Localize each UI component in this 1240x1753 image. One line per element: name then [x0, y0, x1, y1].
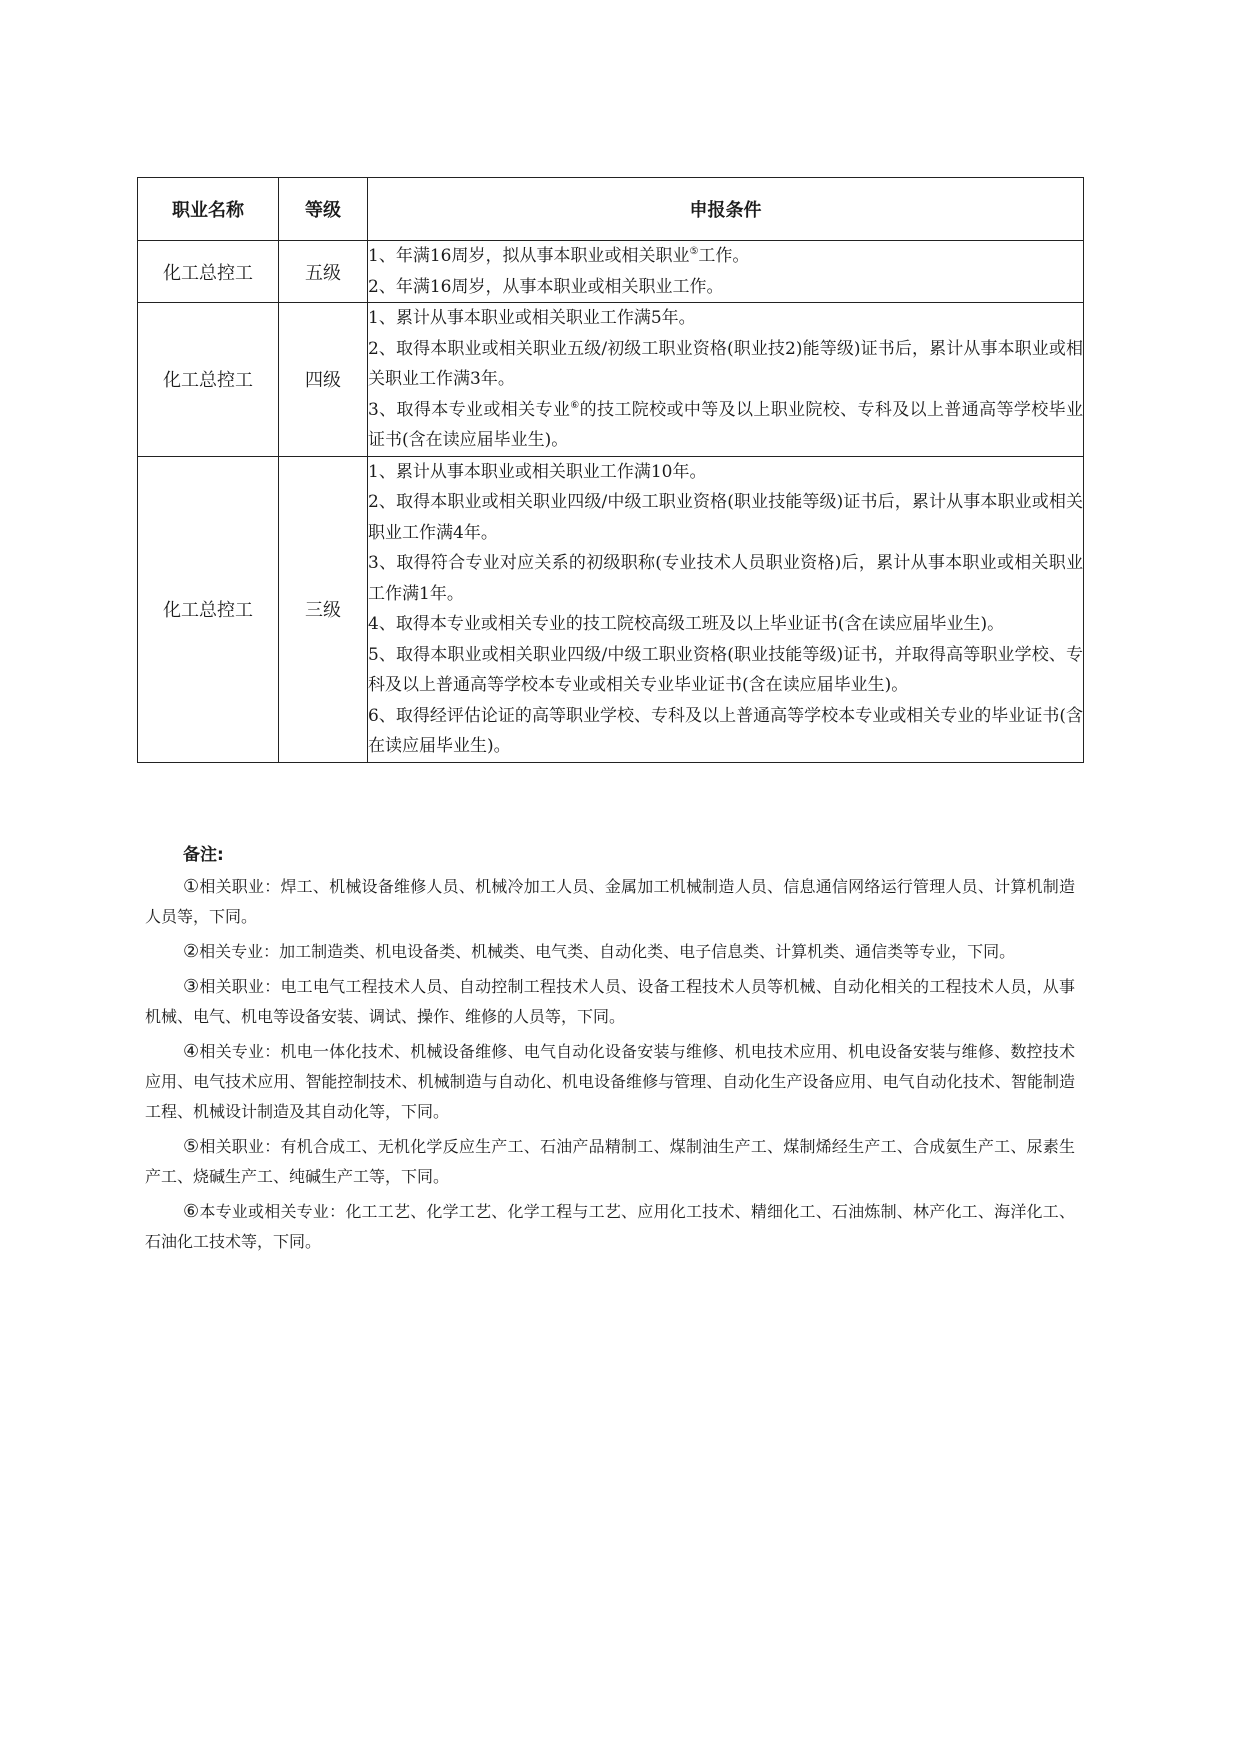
note-number: ⑥ [183, 1201, 199, 1222]
note-text: 相关专业：机电一体化技术、机械设备维修、电气自动化设备安装与维修、机电技术应用、… [145, 1042, 1075, 1121]
condition-text: 1、年满16周岁，拟从事本职业或相关职业 [368, 246, 689, 266]
footnote-marker: ⑥ [570, 400, 579, 411]
note-item: ⑥本专业或相关专业：化工工艺、化学工艺、化学工程与工艺、应用化工技术、精细化工、… [145, 1197, 1075, 1257]
condition-text: 5、取得本职业或相关职业四级/中级工职业资格(职业技能等级)证书，并取得高等职业… [368, 645, 1083, 696]
table-row: 化工总控工 四级 1、累计从事本职业或相关职业工作满5年。 2、取得本职业或相关… [138, 303, 1084, 457]
header-occupation: 职业名称 [138, 178, 279, 241]
note-item: ②相关专业：加工制造类、机电设备类、机械类、电气类、自动化类、电子信息类、计算机… [145, 937, 1075, 967]
note-number: ⑤ [183, 1136, 199, 1157]
table-row: 化工总控工 五级 1、年满16周岁，拟从事本职业或相关职业⑤工作。 2、年满16… [138, 241, 1084, 303]
note-text: 本专业或相关专业：化工工艺、化学工艺、化学工程与工艺、应用化工技术、精细化工、石… [145, 1202, 1075, 1251]
table-row: 化工总控工 三级 1、累计从事本职业或相关职业工作满10年。 2、取得本职业或相… [138, 456, 1084, 762]
note-number: ② [183, 941, 199, 962]
level-cell: 三级 [279, 456, 368, 762]
condition-item: 5、取得本职业或相关职业四级/中级工职业资格(职业技能等级)证书，并取得高等职业… [368, 640, 1083, 701]
note-item: ③相关职业：电工电气工程技术人员、自动控制工程技术人员、设备工程技术人员等机械、… [145, 972, 1075, 1032]
note-item: ⑤相关职业：有机合成工、无机化学反应生产工、石油产品精制工、煤制油生产工、煤制烯… [145, 1132, 1075, 1192]
occupation-cell: 化工总控工 [138, 456, 279, 762]
condition-item: 3、取得符合专业对应关系的初级职称(专业技术人员职业资格)后，累计从事本职业或相… [368, 548, 1083, 609]
requirements-table: 职业名称 等级 申报条件 化工总控工 五级 1、年满16周岁，拟从事本职业或相关… [137, 177, 1084, 763]
condition-text: 4、取得本专业或相关专业的技工院校高级工班及以上毕业证书(含在读应届毕业生)。 [368, 614, 1004, 634]
condition-item: 6、取得经评估论证的高等职业学校、专科及以上普通高等学校本专业或相关专业的毕业证… [368, 701, 1083, 762]
occupation-cell: 化工总控工 [138, 303, 279, 457]
condition-item: 4、取得本专业或相关专业的技工院校高级工班及以上毕业证书(含在读应届毕业生)。 [368, 609, 1083, 640]
conditions-cell: 1、累计从事本职业或相关职业工作满10年。 2、取得本职业或相关职业四级/中级工… [368, 456, 1084, 762]
condition-item: 3、取得本专业或相关专业⑥的技工院校或中等及以上职业院校、专科及以上普通高等学校… [368, 395, 1083, 456]
occupation-cell: 化工总控工 [138, 241, 279, 303]
condition-item: 2、取得本职业或相关职业四级/中级工职业资格(职业技能等级)证书后，累计从事本职… [368, 487, 1083, 548]
table-header-row: 职业名称 等级 申报条件 [138, 178, 1084, 241]
condition-text: 6、取得经评估论证的高等职业学校、专科及以上普通高等学校本专业或相关专业的毕业证… [368, 706, 1083, 757]
header-conditions: 申报条件 [368, 178, 1084, 241]
condition-text: 2、取得本职业或相关职业四级/中级工职业资格(职业技能等级)证书后，累计从事本职… [368, 492, 1083, 543]
condition-item: 1、累计从事本职业或相关职业工作满5年。 [368, 303, 1083, 334]
condition-text: 工作。 [698, 246, 749, 266]
header-level: 等级 [279, 178, 368, 241]
note-number: ③ [183, 976, 199, 997]
condition-text: 1、累计从事本职业或相关职业工作满10年。 [368, 462, 706, 482]
condition-text: 3、取得本专业或相关专业 [368, 400, 570, 420]
note-item: ①相关职业：焊工、机械设备维修人员、机械冷加工人员、金属加工机械制造人员、信息通… [145, 872, 1075, 932]
level-cell: 四级 [279, 303, 368, 457]
condition-text: 2、取得本职业或相关职业五级/初级工职业资格(职业技2)能等级)证书后，累计从事… [368, 339, 1083, 390]
note-text: 相关专业：加工制造类、机电设备类、机械类、电气类、自动化类、电子信息类、计算机类… [199, 942, 1015, 961]
note-number: ④ [183, 1041, 199, 1062]
note-text: 相关职业：焊工、机械设备维修人员、机械冷加工人员、金属加工机械制造人员、信息通信… [145, 877, 1075, 926]
condition-text: 1、累计从事本职业或相关职业工作满5年。 [368, 308, 696, 328]
condition-text: 3、取得符合专业对应关系的初级职称(专业技术人员职业资格)后，累计从事本职业或相… [368, 553, 1083, 604]
notes-title: 备注: [183, 840, 1075, 870]
document-page: 职业名称 等级 申报条件 化工总控工 五级 1、年满16周岁，拟从事本职业或相关… [0, 0, 1240, 1753]
note-text: 相关职业：电工电气工程技术人员、自动控制工程技术人员、设备工程技术人员等机械、自… [145, 977, 1075, 1026]
conditions-cell: 1、累计从事本职业或相关职业工作满5年。 2、取得本职业或相关职业五级/初级工职… [368, 303, 1084, 457]
note-item: ④相关专业：机电一体化技术、机械设备维修、电气自动化设备安装与维修、机电技术应用… [145, 1037, 1075, 1127]
condition-text: 2、年满16周岁，从事本职业或相关职业工作。 [368, 277, 723, 297]
note-number: ① [183, 876, 199, 897]
note-text: 相关职业：有机合成工、无机化学反应生产工、石油产品精制工、煤制油生产工、煤制烯经… [145, 1137, 1075, 1186]
condition-item: 2、年满16周岁，从事本职业或相关职业工作。 [368, 272, 1083, 303]
conditions-cell: 1、年满16周岁，拟从事本职业或相关职业⑤工作。 2、年满16周岁，从事本职业或… [368, 241, 1084, 303]
level-cell: 五级 [279, 241, 368, 303]
condition-item: 1、累计从事本职业或相关职业工作满10年。 [368, 457, 1083, 488]
notes-section: 备注: ①相关职业：焊工、机械设备维修人员、机械冷加工人员、金属加工机械制造人员… [145, 840, 1075, 1262]
condition-item: 1、年满16周岁，拟从事本职业或相关职业⑤工作。 [368, 241, 1083, 272]
condition-item: 2、取得本职业或相关职业五级/初级工职业资格(职业技2)能等级)证书后，累计从事… [368, 334, 1083, 395]
